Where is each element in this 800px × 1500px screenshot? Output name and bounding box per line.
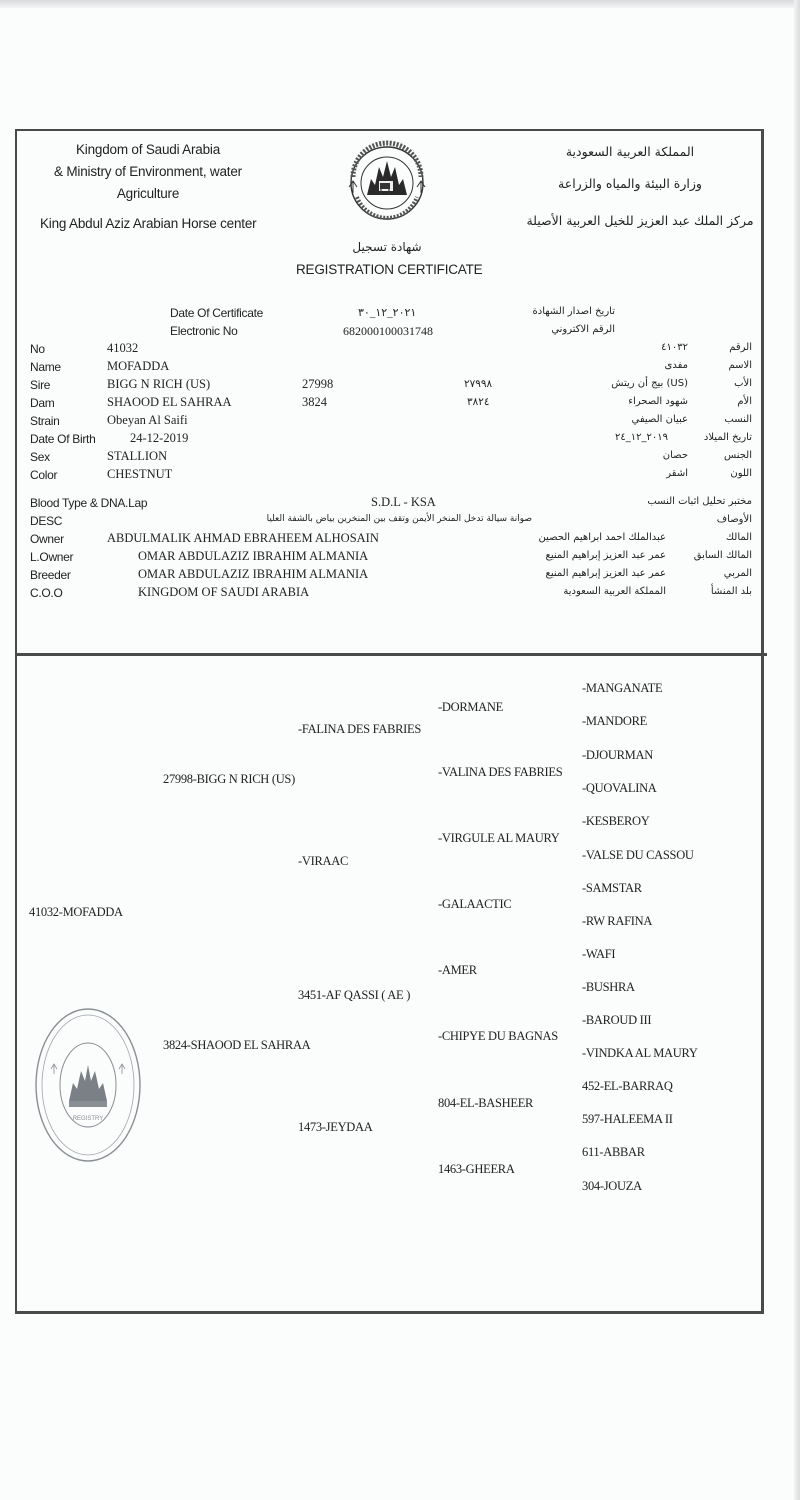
header-english-line2: & Ministry of Environment, water (48, 164, 248, 179)
color-label: Color (30, 468, 57, 482)
coo-label-ar: بلد المنشأ (680, 586, 752, 597)
pedigree-gen4: -SAMSTAR (582, 881, 642, 896)
color-label-ar: اللون (690, 468, 752, 479)
pedigree-gen3: -GALAACTIC (438, 897, 511, 912)
desc-label-ar: الأوصاف (690, 514, 752, 525)
date-of-certificate-label: Date Of Certificate (170, 306, 263, 320)
owner-label-ar: المالك (690, 532, 752, 543)
pedigree-gen4: 597-HALEEMA II (582, 1112, 673, 1127)
no-label-ar: الرقم (690, 342, 752, 353)
dam-label-ar: الأم (690, 396, 752, 407)
horse-emblem-icon (337, 137, 437, 237)
name-label: Name (30, 360, 61, 374)
blood-type-label-ar: مختبر تحليل اثبات النسب (620, 496, 752, 507)
pedigree-gen2: -VIRAAC (298, 854, 348, 869)
scan-edge-right (794, 0, 800, 1500)
date-of-certificate-value: ٢٠٢١_١٢_٣٠ (358, 306, 416, 319)
pedigree-gen4: -VALSE DU CASSOU (582, 848, 694, 863)
strain-label-ar: النسب (690, 414, 752, 425)
lowner-label-ar: المالك السابق (680, 550, 752, 561)
color-value: CHESTNUT (107, 467, 172, 482)
sire-number: 27998 (302, 377, 333, 392)
title-arabic: شهادة تسجيل (330, 240, 444, 254)
owner-label: Owner (30, 532, 64, 546)
sire-number-ar: ٢٧٩٩٨ (464, 378, 492, 390)
title-english: REGISTRATION CERTIFICATE (296, 262, 478, 277)
pedigree-gen3: 1463-GHEERA (438, 1162, 515, 1177)
dam-number-ar: ٣٨٢٤ (467, 396, 490, 408)
dam-number: 3824 (302, 395, 327, 410)
header-arabic-line1: المملكة العربية السعودية (540, 144, 720, 159)
pedigree-sire: 27998-BIGG N RICH (US) (163, 772, 295, 787)
blood-type-value: S.D.L - KSA (371, 495, 436, 510)
pedigree-gen4: -RW RAFINA (582, 914, 652, 929)
header-english-line4: King Abdul Aziz Arabian Horse center (40, 216, 256, 231)
breeder-label-ar: المربي (690, 568, 752, 579)
pedigree-gen4: -BUSHRA (582, 980, 635, 995)
pedigree-gen4: -QUOVALINA (582, 781, 657, 796)
strain-value: Obeyan Al Saifi (107, 413, 188, 428)
coo-label: C.O.O (30, 586, 63, 600)
lowner-label: L.Owner (30, 550, 73, 564)
section-divider (15, 653, 767, 656)
strain-value-ar: عبيان الصيفي (580, 414, 688, 425)
sire-value: BIGG N RICH (US) (107, 377, 210, 392)
breeder-label: Breeder (30, 568, 71, 582)
sex-value-ar: حصان (600, 450, 688, 461)
dam-value: SHAOOD EL SAHRAA (107, 395, 232, 410)
electronic-no-label-ar: الرقم الاكتروني (520, 324, 615, 335)
pedigree-gen3: 804-EL-BASHEER (438, 1096, 533, 1111)
pedigree-gen4: -BAROUD III (582, 1013, 651, 1028)
pedigree-gen3: -CHIPYE DU BAGNAS (438, 1029, 558, 1044)
blood-type-label: Blood Type & DNA.Lap (30, 496, 147, 510)
pedigree-gen3: -AMER (438, 963, 477, 978)
date-of-certificate-label-ar: تاريخ اصدار الشهادة (520, 306, 615, 317)
date-of-birth-value-ar: ٢٠١٩_١٢_٢٤ (580, 432, 668, 443)
electronic-no-value: 682000100031748 (343, 324, 433, 339)
scan-edge (0, 0, 800, 8)
pedigree-gen2: 3451-AF QASSI ( AE ) (298, 988, 410, 1003)
stamp-registry-text: REGISTRY (73, 1116, 104, 1122)
header-english-line3: Agriculture (48, 186, 248, 201)
sex-label: Sex (30, 450, 50, 464)
lowner-value: OMAR ABDULAZIZ IBRAHIM ALMANIA (138, 549, 368, 564)
dam-value-ar: شهود الصحراء (560, 396, 688, 407)
pedigree-gen4: -DJOURMAN (582, 748, 653, 763)
header-arabic-line3: مركز الملك عبد العزيز للخيل العربية الأص… (520, 213, 760, 228)
pedigree-gen4: -WAFI (582, 947, 615, 962)
pedigree-gen3: -VALINA DES FABRIES (438, 765, 562, 780)
no-value: 41032 (107, 341, 138, 356)
coo-value: KINGDOM OF SAUDI ARABIA (138, 585, 309, 600)
name-value: MOFADDA (107, 359, 169, 374)
desc-label: DESC (30, 514, 62, 528)
sire-value-ar: (US) بيج أن ريتش (560, 378, 688, 389)
header-arabic-line2: وزارة البيئة والمياه والزراعة (540, 176, 720, 191)
header-english-line1: Kingdom of Saudi Arabia (48, 142, 248, 157)
pedigree-gen2: 1473-JEYDAA (298, 1120, 372, 1135)
dam-label: Dam (30, 396, 54, 410)
pedigree-dam: 3824-SHAOOD EL SAHRAA (163, 1038, 310, 1053)
registry-stamp-icon: REGISTRY (33, 1005, 143, 1165)
pedigree-horse: 41032-MOFADDA (29, 905, 123, 920)
no-label: No (30, 342, 45, 356)
pedigree-gen4: -MANGANATE (582, 681, 662, 696)
pedigree-gen2: -FALINA DES FABRIES (298, 722, 421, 737)
pedigree-gen4: -KESBEROY (582, 814, 649, 829)
pedigree-gen4: -MANDORE (582, 714, 647, 729)
breeder-value: OMAR ABDULAZIZ IBRAHIM ALMANIA (138, 567, 368, 582)
pedigree-gen4: 452-EL-BARRAQ (582, 1079, 673, 1094)
desc-value-ar: صوانة سيالة تدخل المنخر الأيمن وتقف بين … (268, 514, 532, 524)
electronic-no-label: Electronic No (170, 324, 237, 338)
lowner-value-ar: عمر عبد العزيز إبراهيم المنيع (520, 550, 666, 561)
sex-value: STALLION (107, 449, 167, 464)
breeder-value-ar: عمر عبد العزيز إبراهيم المنيع (520, 568, 666, 579)
strain-label: Strain (30, 414, 60, 428)
coo-value-ar: المملكة العربية السعودية (520, 586, 666, 597)
pedigree-gen3: -DORMANE (438, 700, 503, 715)
owner-value-ar: عبدالملك احمد ابراهيم الحصين (520, 532, 666, 543)
pedigree-gen3: -VIRGULE AL MAURY (438, 831, 560, 846)
no-value-ar: ٤١٠٣٢ (600, 342, 688, 353)
sex-label-ar: الجنس (690, 450, 752, 461)
sire-label: Sire (30, 378, 50, 392)
sire-label-ar: الأب (690, 378, 752, 389)
pedigree-gen4: 304-JOUZA (582, 1179, 642, 1194)
date-of-birth-label: Date Of Birth (30, 432, 95, 446)
owner-value: ABDULMALIK AHMAD EBRAHEEM ALHOSAIN (107, 531, 379, 546)
color-value-ar: اشقر (600, 468, 688, 479)
date-of-birth-label-ar: تاريخ الميلاد (680, 432, 752, 443)
pedigree-gen4: 611-ABBAR (582, 1145, 645, 1160)
date-of-birth-value: 24-12-2019 (130, 431, 188, 446)
name-label-ar: الاسم (690, 360, 752, 371)
name-value-ar: مفدى (600, 360, 688, 371)
pedigree-gen4: -VINDKA AL MAURY (582, 1046, 698, 1061)
